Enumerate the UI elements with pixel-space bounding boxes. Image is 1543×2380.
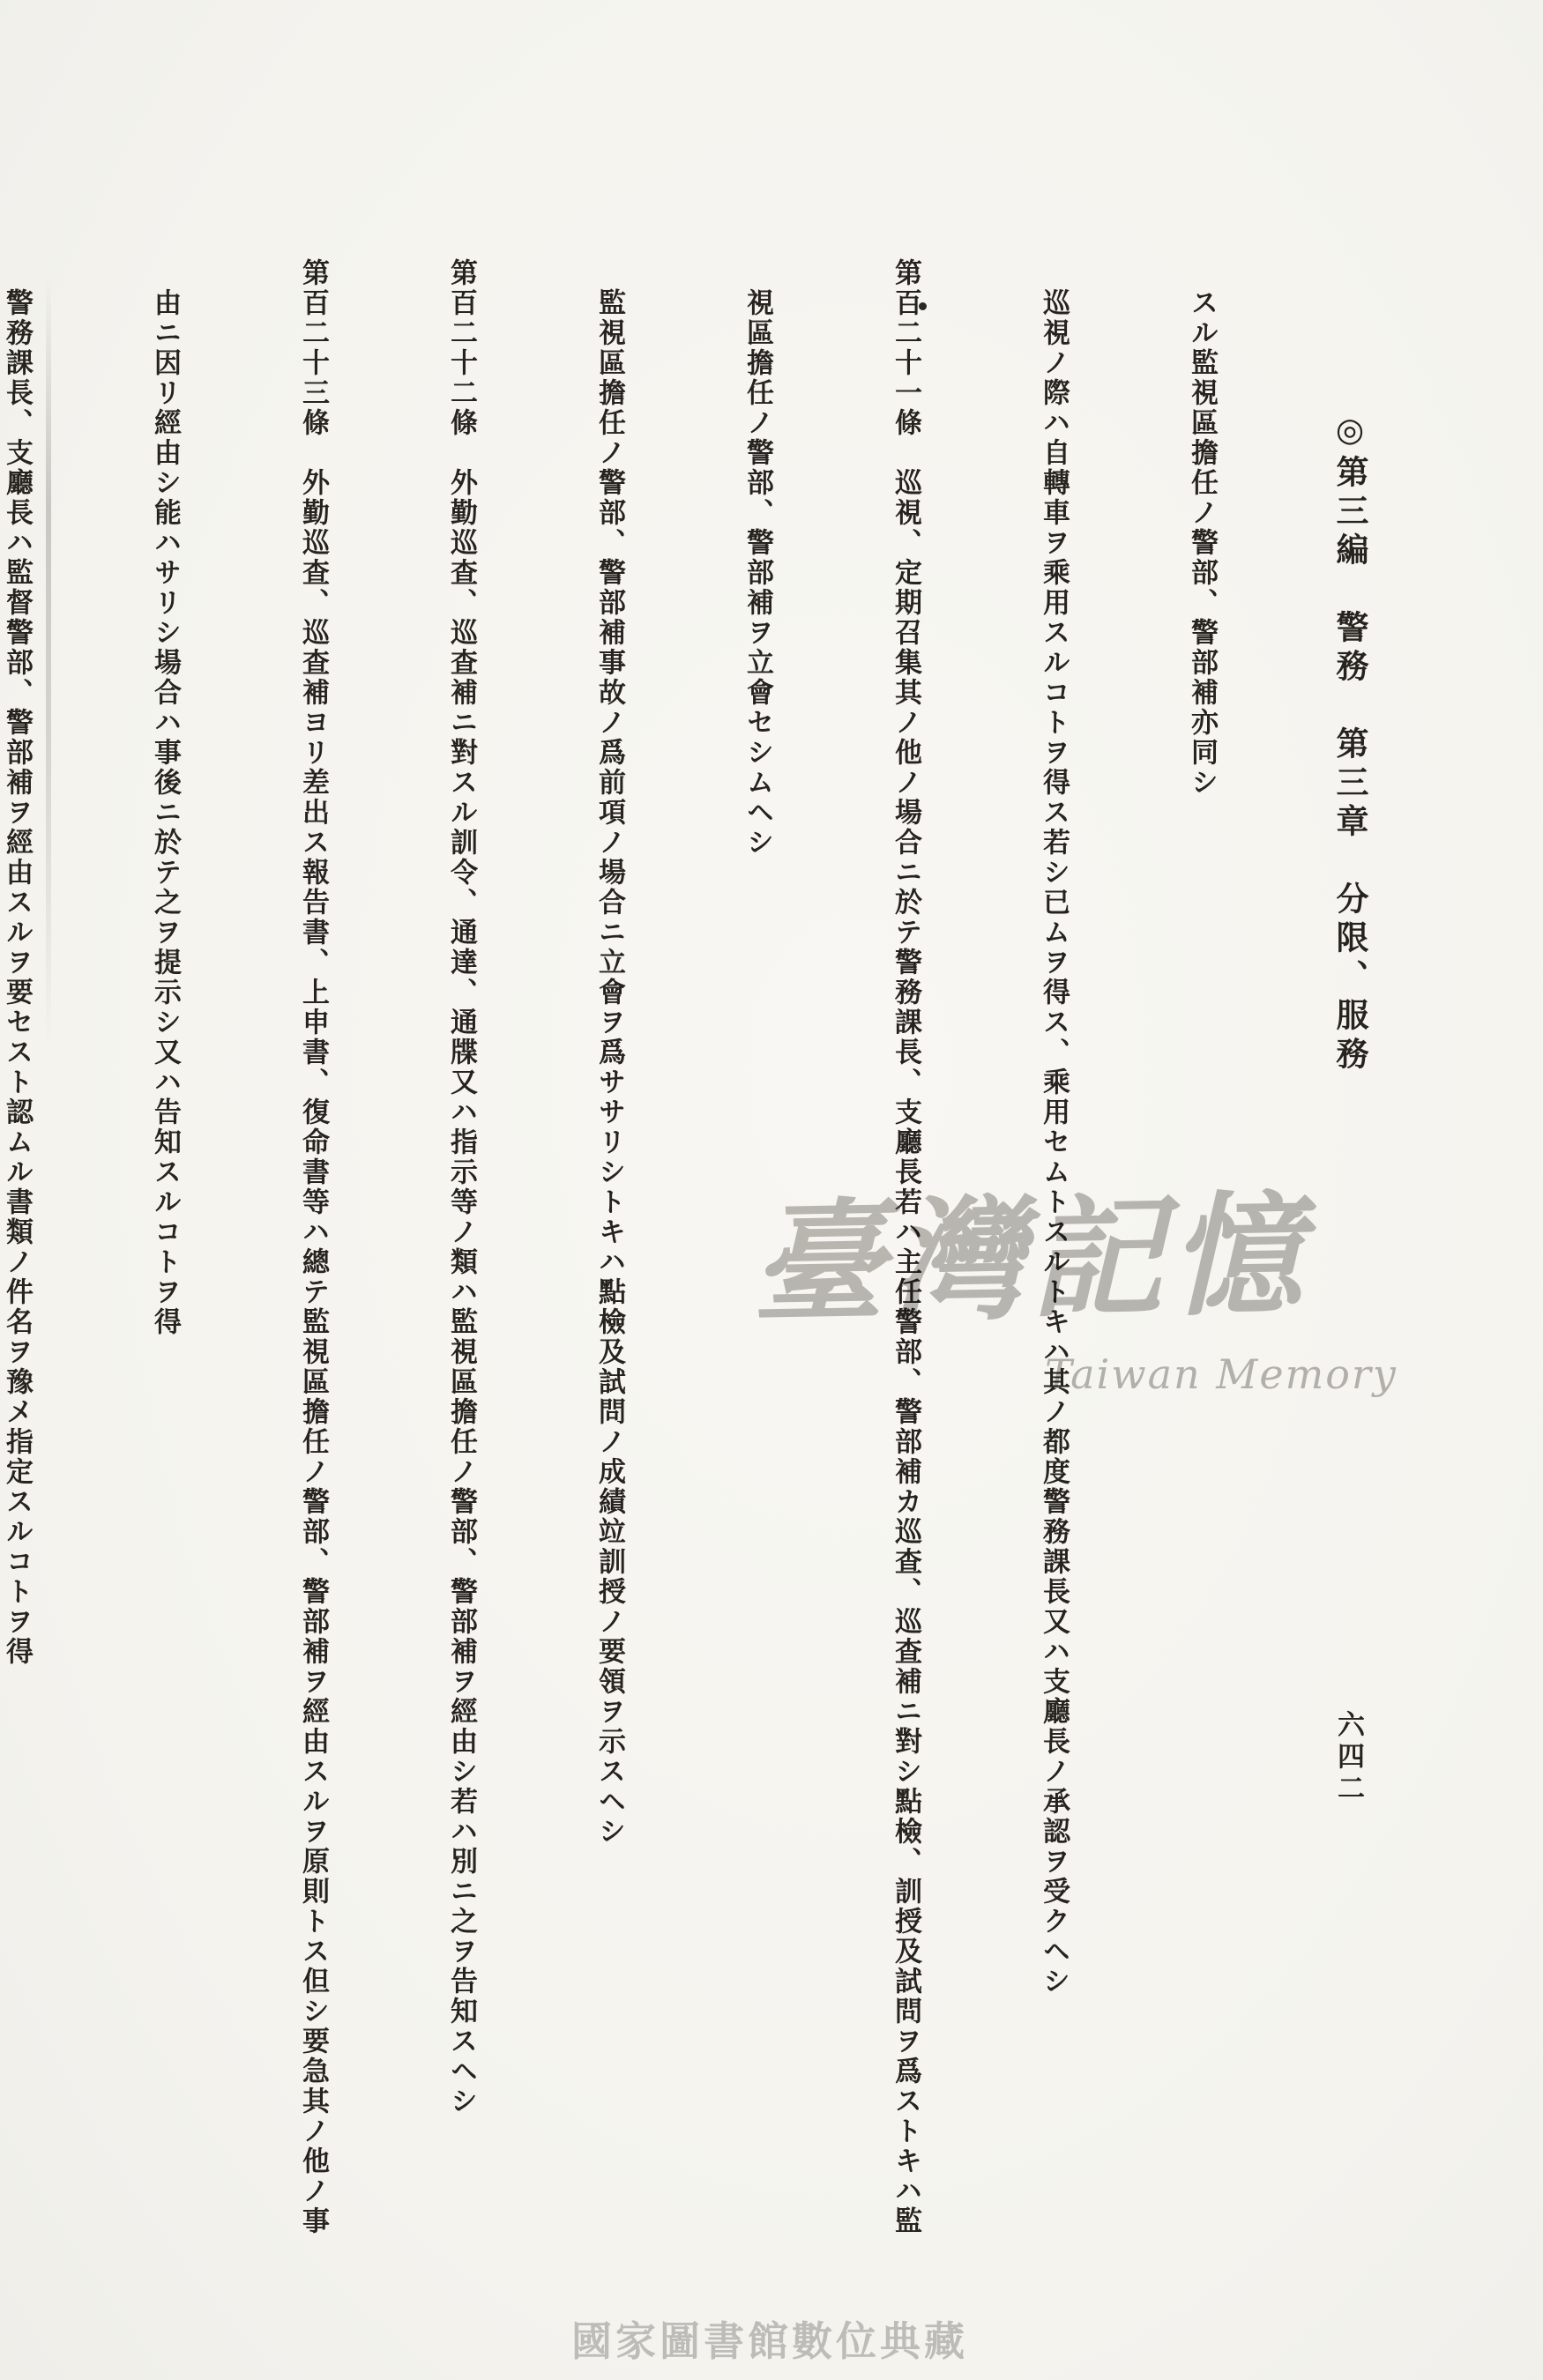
scan-edge-artifact — [46, 273, 51, 1049]
text-column: 警務課長、支廳長ハ監督警部、警部補ヲ經由スルヲ要セスト認ムル書類ノ件名ヲ豫メ指定… — [0, 258, 41, 2268]
article-123-column: 第百二十三條 外勤巡查、巡查補ヨリ差出ス報告書、上申書、復命書等ハ總テ監視區擔任… — [288, 258, 338, 2268]
text-column: 由ニ因リ經由シ能ハサリシ場合ハ事後ニ於テ之ヲ提示シ又ハ告知スルコトヲ得 — [140, 258, 190, 2268]
archive-footer-label: 國家圖書館數位典藏 — [571, 2309, 968, 2368]
scanned-page: ◎第三編 警務 第三章 分限、服務 六四二 スル監視區擔任ノ警部、警部補亦同シ … — [0, 0, 1543, 2380]
article-122-column: 第百二十二條 外勤巡查、巡查補ニ對スル訓令、通達、通牒又ハ指示等ノ類ハ監視區擔任… — [436, 258, 486, 2268]
text-column: 監視區擔任ノ警部、警部補事故ノ爲前項ノ場合ニ立會ヲ爲ササリシトキハ點檢及試問ノ成… — [585, 258, 634, 2268]
section-header: ◎第三編 警務 第三章 分限、服務 — [1326, 410, 1374, 1075]
text-column: 巡視ノ際ハ自轉車ヲ乘用スルコトヲ得ス若シ已ムヲ得ス、乘用セムトスルトキハ其ノ都度… — [1029, 258, 1078, 2268]
ink-dot-artifact — [919, 302, 927, 310]
text-column: 視區擔任ノ警部、警部補ヲ立會セシムヘシ — [733, 258, 782, 2268]
text-column: スル監視區擔任ノ警部、警部補亦同シ — [1177, 258, 1226, 2268]
article-121-column: 第百二十一條 巡視、定期召集其ノ他ノ場合ニ於テ警務課長、支廳長若ハ主任警部、警部… — [881, 258, 930, 2268]
document-body: スル監視區擔任ノ警部、警部補亦同シ 巡視ノ際ハ自轉車ヲ乘用スルコトヲ得ス若シ已ム… — [138, 258, 1325, 2268]
page-number: 六四二 — [1329, 1710, 1368, 1805]
